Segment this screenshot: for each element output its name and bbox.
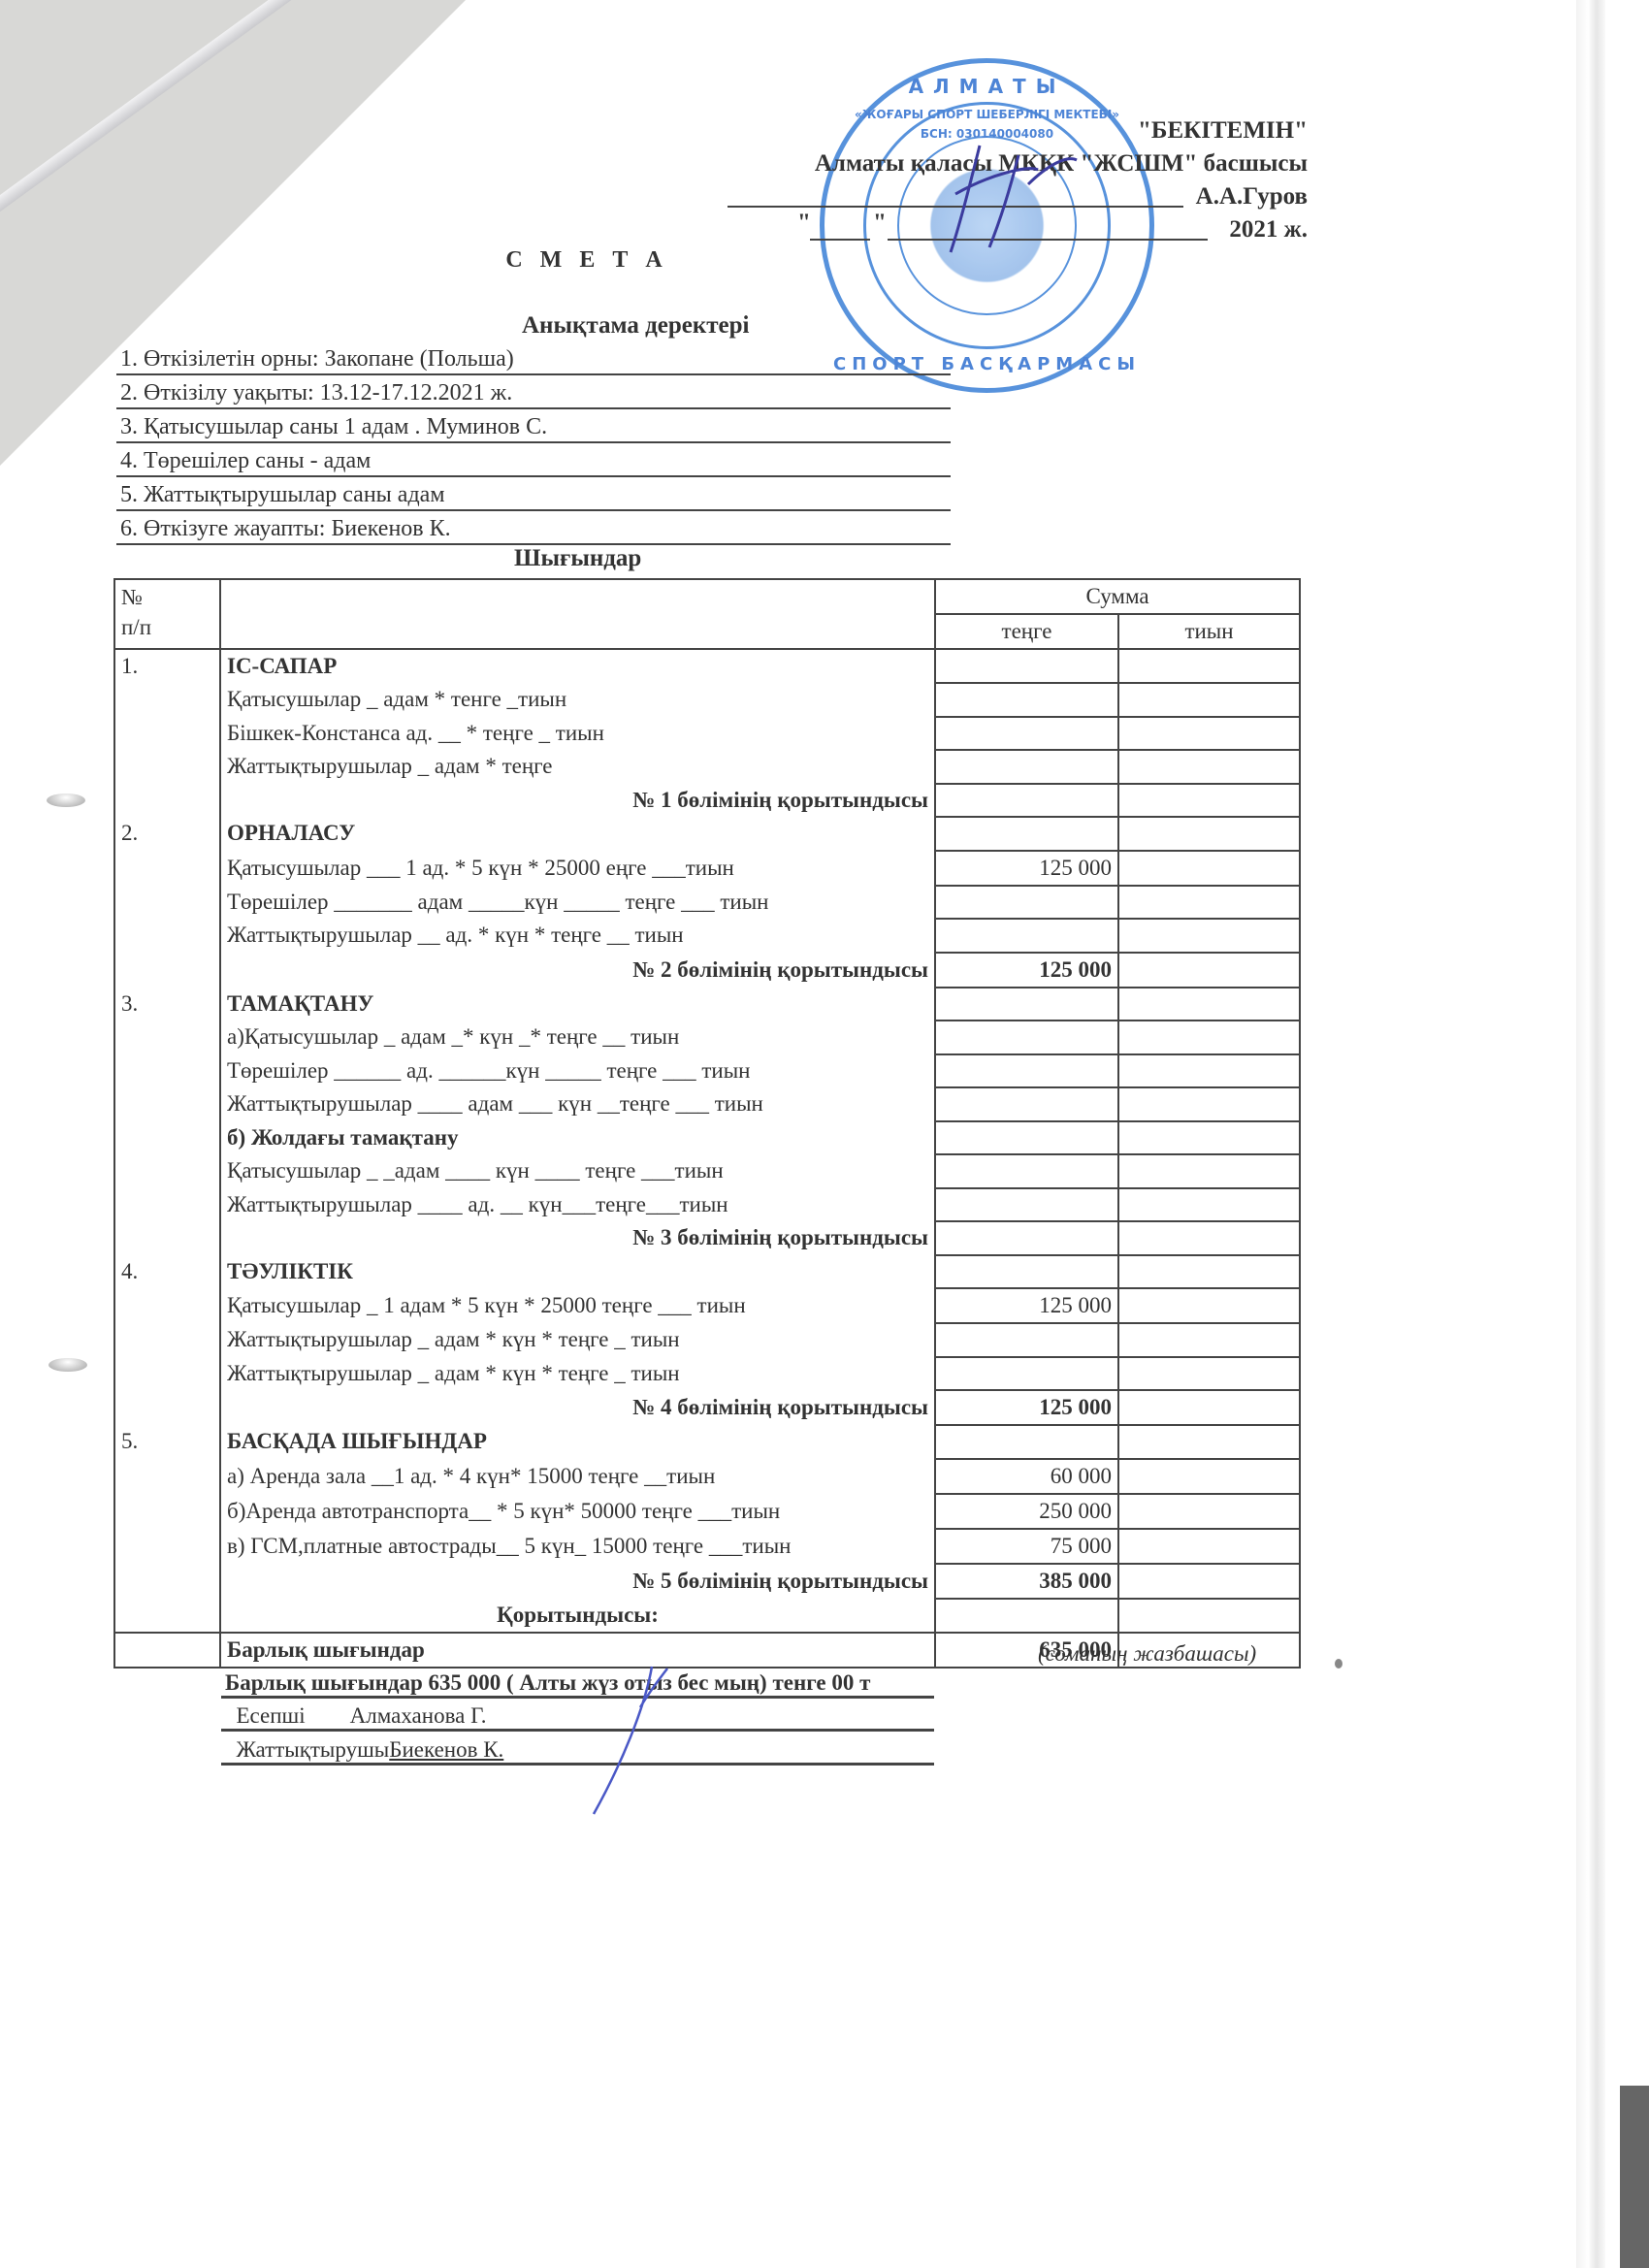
approver-signature-icon <box>951 146 1077 252</box>
accountant-signature-icon <box>594 1667 667 1814</box>
signatures <box>0 0 1649 2268</box>
